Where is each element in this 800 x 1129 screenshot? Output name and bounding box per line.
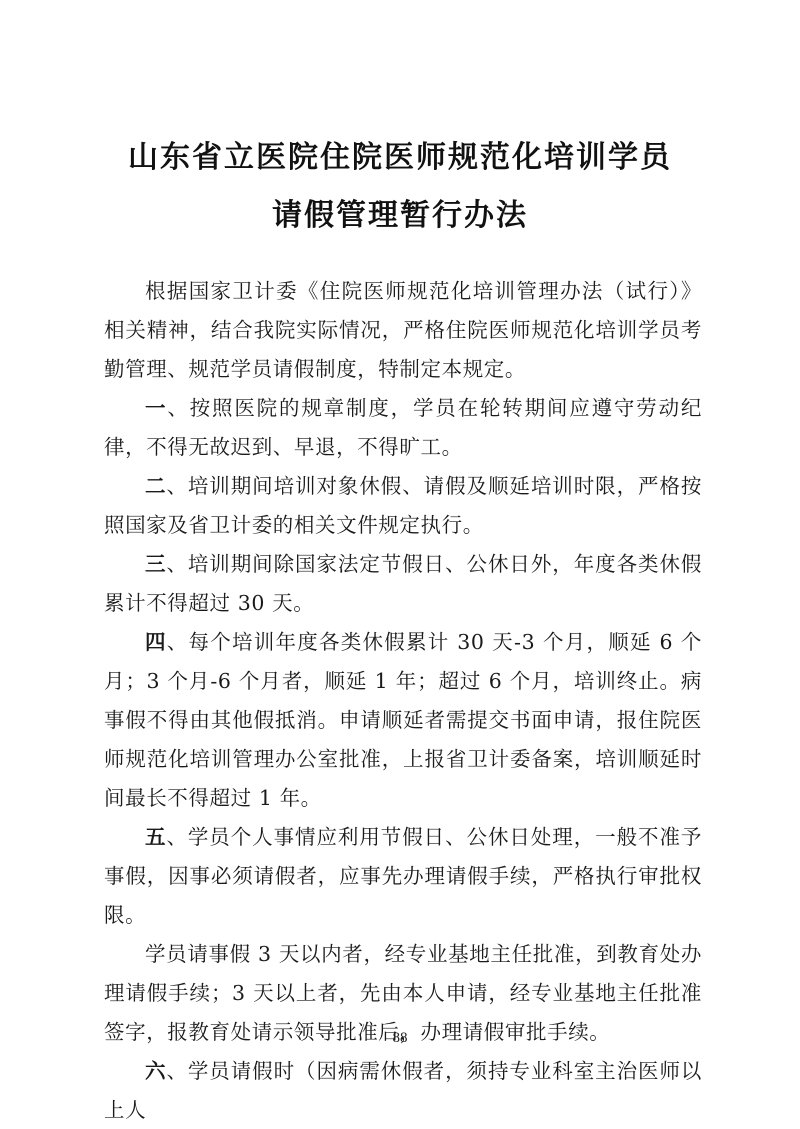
paragraph-article-5: 五、学员个人事情应利用节假日、公休日处理，一般不准予事假，因事必须请假者，应事先…	[104, 818, 702, 935]
document-body: 根据国家卫计委《住院医师规范化培训管理办法（试行）》相关精神，结合我院实际情况，…	[104, 272, 702, 1129]
paragraph-article-1: 一、按照医院的规章制度，学员在轮转期间应遵守劳动纪律，不得无故迟到、早退，不得旷…	[104, 389, 702, 467]
paragraph-text: 学员请事假 3 天以内者，经专业基地主任批准，到教育处办理请假手续；3 天以上者…	[104, 942, 702, 1044]
document-page: 山东省立医院住院医师规范化培训学员 请假管理暂行办法 根据国家卫计委《住院医师规…	[0, 0, 800, 1129]
page-number: 88	[0, 1030, 800, 1047]
paragraph-text: 、按照医院的规章制度，学员在轮转期间应遵守劳动纪律，不得无故迟到、早退，不得旷工…	[104, 396, 702, 459]
article-number: 二	[145, 474, 166, 498]
paragraph-text: 根据国家卫计委《住院医师规范化培训管理办法（试行）》相关精神，结合我院实际情况，…	[104, 279, 702, 381]
document-title-line-1: 山东省立医院住院医师规范化培训学员	[0, 132, 800, 176]
paragraph-text: 、培训期间除国家法定节假日、公休日外，年度各类休假累计不得超过 30 天。	[104, 552, 702, 615]
paragraph-article-3: 三、培训期间除国家法定节假日、公休日外，年度各类休假累计不得超过 30 天。	[104, 545, 702, 623]
paragraph-intro: 根据国家卫计委《住院医师规范化培训管理办法（试行）》相关精神，结合我院实际情况，…	[104, 272, 702, 389]
paragraph-text: 、培训期间培训对象休假、请假及顺延培训时限，严格按照国家及省卫计委的相关文件规定…	[104, 474, 702, 537]
paragraph-text: 、学员请假时（因病需休假者，须持专业科室主治医师以上人	[104, 1059, 702, 1122]
article-number: 三	[145, 552, 166, 576]
article-number: 四	[145, 630, 167, 654]
paragraph-article-2: 二、培训期间培训对象休假、请假及顺延培训时限，严格按照国家及省卫计委的相关文件规…	[104, 467, 702, 545]
paragraph-article-6: 六、学员请假时（因病需休假者，须持专业科室主治医师以上人	[104, 1052, 702, 1129]
article-number: 六	[145, 1059, 166, 1083]
document-title-line-2: 请假管理暂行办法	[0, 190, 800, 234]
article-number: 一	[145, 396, 167, 420]
paragraph-text: 、学员个人事情应利用节假日、公休日处理，一般不准予事假，因事必须请假者，应事先办…	[104, 825, 702, 927]
article-number: 五	[145, 825, 166, 849]
paragraph-article-4: 四、每个培训年度各类休假累计 30 天-3 个月，顺延 6 个月；3 个月-6 …	[104, 623, 702, 818]
paragraph-text: 、每个培训年度各类休假累计 30 天-3 个月，顺延 6 个月；3 个月-6 个…	[104, 630, 702, 810]
